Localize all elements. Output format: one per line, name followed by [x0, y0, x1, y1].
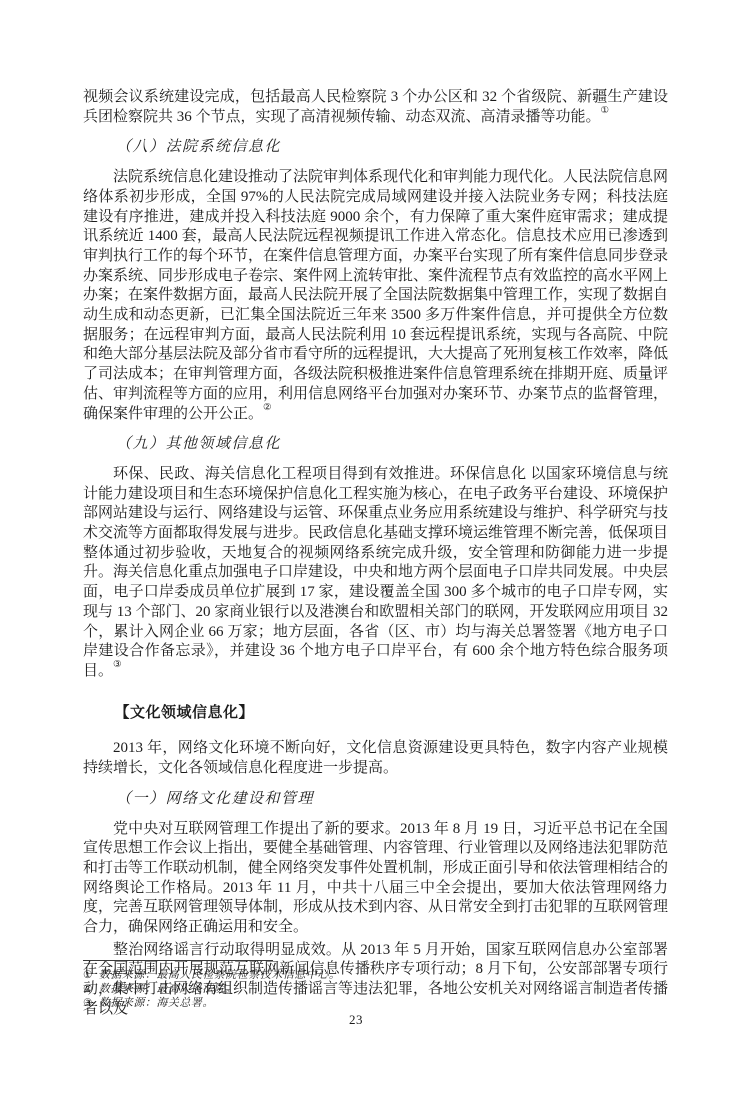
- footnote-marker: ③: [83, 998, 93, 1009]
- chapter-heading-culture-informatization: 【文化领域信息化】: [83, 703, 668, 723]
- footnote-text: 数据来源：最高人民法院。: [99, 983, 237, 995]
- page-body: 视频会议系统建设完成，包括最高人民检察院 3 个办公区和 32 个省级院、新疆生…: [83, 88, 668, 1020]
- paragraph-text: 环保、民政、海关信息化工程项目得到有效推进。环保信息化 以国家环境信息与统计能力…: [83, 466, 668, 679]
- paragraph-text: 视频会议系统建设完成，包括最高人民检察院 3 个办公区和 32 个省级院、新疆生…: [83, 89, 668, 125]
- footnotes-section: ①数据来源：最高人民检察院检察技术信息中心。 ②数据来源：最高人民法院。 ③数据…: [83, 960, 668, 1010]
- paragraph-other-fields: 环保、民政、海关信息化工程项目得到有效推进。环保信息化 以国家环境信息与统计能力…: [83, 465, 668, 682]
- section-heading-court-informatization: （八）法院系统信息化: [83, 138, 668, 158]
- paragraph-internet-management: 党中央对互联网管理工作提出了新的要求。2013 年 8 月 19 日，习近平总书…: [83, 820, 668, 938]
- footnote-marker: ①: [83, 970, 93, 981]
- footnote-ref-1: ①: [601, 106, 610, 116]
- footnote-text: 数据来源：最高人民检察院检察技术信息中心。: [99, 969, 341, 981]
- paragraph-culture-intro: 2013 年，网络文化环境不断向好，文化信息资源建设更具特色，数字内容产业规模持…: [83, 739, 668, 778]
- paragraph-text: 法院系统信息化建设推动了法院审判体系现代化和审判能力现代化。人民法院信息网络体系…: [83, 169, 668, 421]
- footnote-text: 数据来源：海关总署。: [99, 997, 214, 1009]
- section-heading-other-fields: （九）其他领域信息化: [83, 435, 668, 455]
- footnote-ref-2: ②: [263, 403, 272, 413]
- footnote-1: ①数据来源：最高人民检察院检察技术信息中心。: [83, 969, 668, 983]
- section-heading-network-culture: （一）网络文化建设和管理: [83, 790, 668, 810]
- footnote-2: ②数据来源：最高人民法院。: [83, 983, 668, 997]
- paragraph-court-informatization: 法院系统信息化建设推动了法院审判体系现代化和审判能力现代化。人民法院信息网络体系…: [83, 168, 668, 424]
- paragraph-procuratorate-video-system: 视频会议系统建设完成，包括最高人民检察院 3 个办公区和 32 个省级院、新疆生…: [83, 88, 668, 127]
- footnote-divider: [83, 960, 273, 961]
- footnote-3: ③数据来源：海关总署。: [83, 997, 668, 1011]
- footnote-ref-3: ③: [113, 660, 122, 670]
- footnote-marker: ②: [83, 984, 93, 995]
- document-page: 视频会议系统建设完成，包括最高人民检察院 3 个办公区和 32 个省级院、新疆生…: [0, 0, 750, 1110]
- page-number: 23: [0, 1012, 712, 1028]
